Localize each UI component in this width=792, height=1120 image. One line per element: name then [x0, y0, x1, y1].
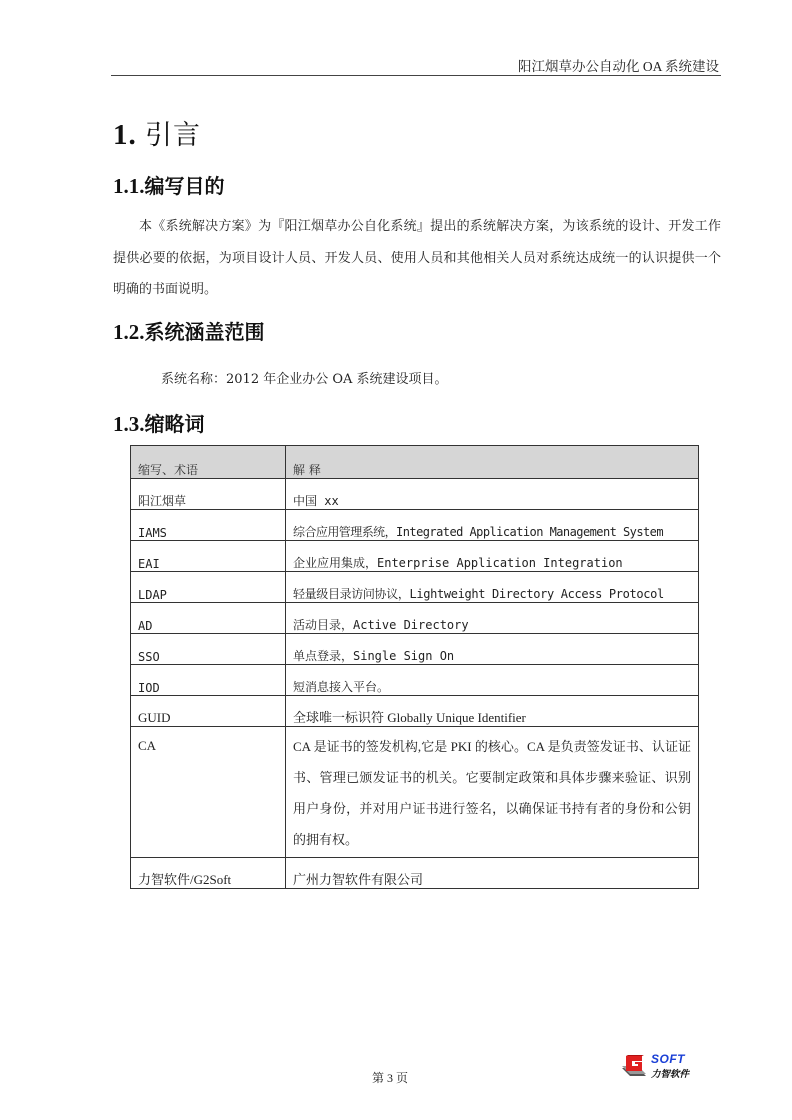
heading-number: 1.2. [113, 320, 145, 344]
explanation-cell: 全球唯一标识符 Globally Unique Identifier [286, 696, 699, 727]
term-cell: GUID [131, 696, 286, 727]
scope-paragraph: 系统名称：2012 年企业办公 OA 系统建设项目。 [161, 368, 448, 387]
heading-number: 1. [113, 119, 137, 151]
term-cell: 力智软件/G2Soft [131, 858, 286, 889]
heading-title: 系统涵盖范围 [145, 320, 265, 344]
heading-number: 1.1. [113, 174, 145, 198]
heading-number: 1.3. [113, 412, 145, 436]
table-row: GUID 全球唯一标识符 Globally Unique Identifier [131, 696, 699, 727]
heading-title: 引言 [145, 120, 201, 151]
term-cell: IOD [131, 665, 286, 696]
table-row: IOD 短消息接入平台。 [131, 665, 699, 696]
explanation-cell: 单点登录，Single Sign On [286, 634, 699, 665]
abbreviations-table: 缩写、术语 解 释 阳江烟草 中国 xx IAMS 综合应用管理系统，Integ… [130, 445, 699, 889]
explanation-cell: 综合应用管理系统，Integrated Application Manageme… [286, 510, 699, 541]
heading-section-1-2: 1.2.系统涵盖范围 [113, 316, 265, 345]
explanation-cell: 活动目录，Active Directory [286, 603, 699, 634]
heading-title: 缩略词 [145, 412, 205, 436]
heading-section-1: 1. 引言 [113, 113, 201, 152]
column-header-term: 缩写、术语 [131, 446, 286, 479]
explanation-cell: 短消息接入平台。 [286, 665, 699, 696]
explanation-cell: CA 是证书的签发机构,它是 PKI 的核心。CA 是负责签发证书、认证证书、管… [286, 727, 699, 858]
table-row: CA CA 是证书的签发机构,它是 PKI 的核心。CA 是负责签发证书、认证证… [131, 727, 699, 858]
heading-title: 编写目的 [145, 174, 225, 198]
table-row: 阳江烟草 中国 xx [131, 479, 699, 510]
explanation-cell: 轻量级目录访问协议，Lightweight Directory Access P… [286, 572, 699, 603]
header-title: 阳江烟草办公自动化 OA 系统建设 [518, 55, 719, 75]
table-row: IAMS 综合应用管理系统，Integrated Application Man… [131, 510, 699, 541]
heading-section-1-3: 1.3.缩略词 [113, 408, 205, 437]
explanation-cell: 广州力智软件有限公司 [286, 858, 699, 889]
table-row: AD 活动目录，Active Directory [131, 603, 699, 634]
table-row: EAI 企业应用集成，Enterprise Application Integr… [131, 541, 699, 572]
logo-chinese-text: 力智软件 [651, 1066, 689, 1080]
explanation-cell: 中国 xx [286, 479, 699, 510]
table-header-row: 缩写、术语 解 释 [131, 446, 699, 479]
explanation-cell: 企业应用集成，Enterprise Application Integratio… [286, 541, 699, 572]
term-cell: LDAP [131, 572, 286, 603]
term-cell: AD [131, 603, 286, 634]
term-cell: 阳江烟草 [131, 479, 286, 510]
term-cell: IAMS [131, 510, 286, 541]
term-cell: SSO [131, 634, 286, 665]
g2soft-logo: SOFT 力智软件 [620, 1052, 700, 1082]
table-row: LDAP 轻量级目录访问协议，Lightweight Directory Acc… [131, 572, 699, 603]
heading-section-1-1: 1.1.编写目的 [113, 170, 225, 199]
term-cell: CA [131, 727, 286, 858]
term-cell: EAI [131, 541, 286, 572]
g2soft-logo-icon [620, 1054, 648, 1078]
page-number: 第 3 页 [372, 1069, 408, 1086]
table-row: 力智软件/G2Soft 广州力智软件有限公司 [131, 858, 699, 889]
logo-brand-text: SOFT [651, 1052, 685, 1066]
column-header-explanation: 解 释 [286, 446, 699, 479]
page-header: 阳江烟草办公自动化 OA 系统建设 [111, 52, 721, 76]
table-row: SSO 单点登录，Single Sign On [131, 634, 699, 665]
purpose-paragraph: 本《系统解决方案》为『阳江烟草办公自化系统』提出的系统解决方案，为该系统的设计、… [113, 211, 721, 306]
